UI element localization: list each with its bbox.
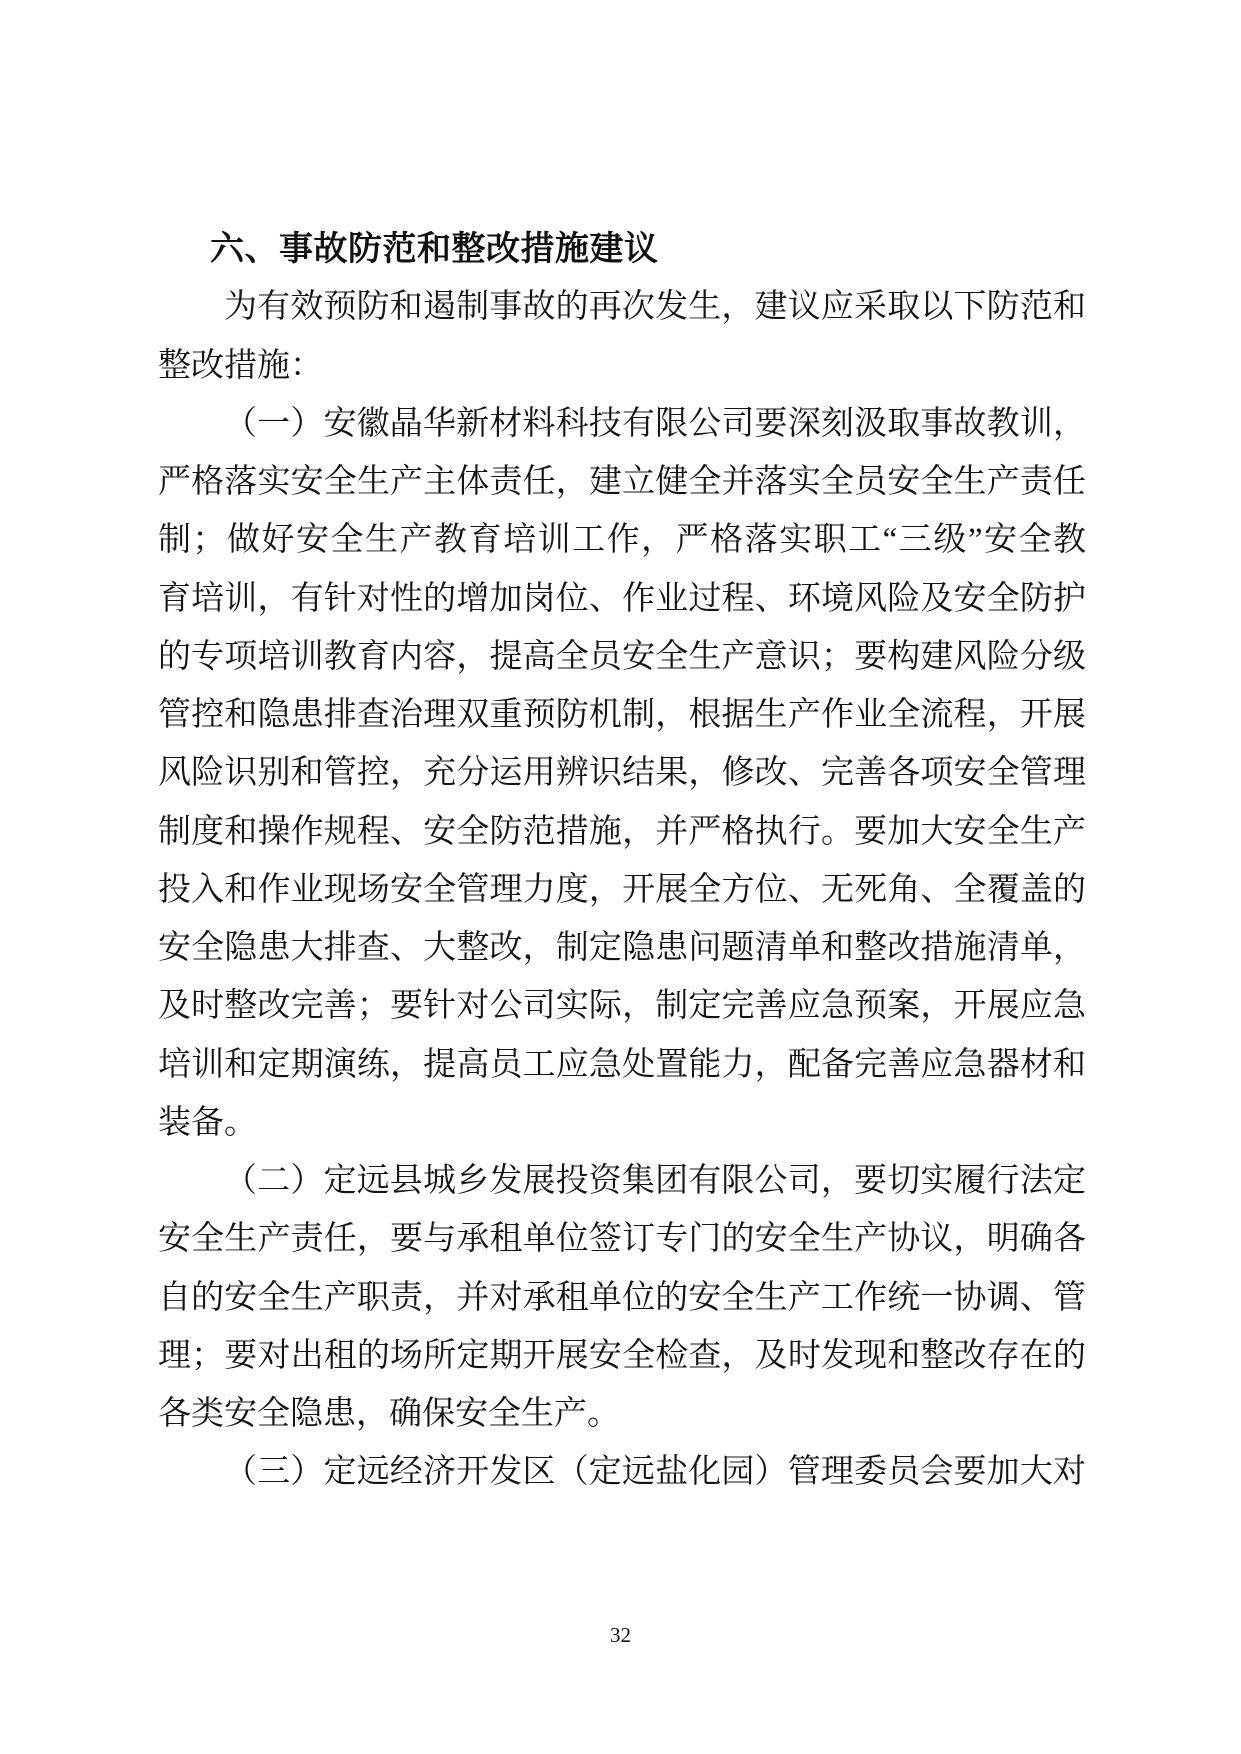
text-line: 及时整改完善；要针对公司实际，制定完善应急预案，开展应急 — [158, 977, 1086, 1035]
text-line: 制度和操作规程、安全防范措施，并严格执行。要加大安全生产 — [158, 803, 1086, 861]
paragraph-intro: 为有效预防和遏制事故的再次发生，建议应采取以下防范和 整改措施： — [158, 278, 1086, 395]
text-line: 严格落实安全生产主体责任，建立健全并落实全员安全生产责任 — [158, 453, 1086, 511]
text-line: （三）定远经济开发区（定远盐化园）管理委员会要加大对 — [158, 1443, 1086, 1501]
text-line: 为有效预防和遏制事故的再次发生，建议应采取以下防范和 — [158, 278, 1086, 336]
text-line: 制；做好安全生产教育培训工作，严格落实职工“三级”安全教 — [158, 511, 1086, 569]
text-line: 育培训，有针对性的增加岗位、作业过程、环境风险及安全防护 — [158, 570, 1086, 628]
text-line: 各类安全隐患，确保安全生产。 — [158, 1385, 1086, 1443]
document-page: 六、事故防范和整改措施建议 为有效预防和遏制事故的再次发生，建议应采取以下防范和… — [0, 0, 1241, 1754]
text-line: 安全隐患大排查、大整改，制定隐患问题清单和整改措施清单， — [158, 919, 1086, 977]
text-line: 整改措施： — [158, 337, 1086, 395]
text-line: 理；要对出租的场所定期开展安全检查，及时发现和整改存在的 — [158, 1327, 1086, 1385]
text-line: 风险识别和管控，充分运用辨识结果，修改、完善各项安全管理 — [158, 744, 1086, 802]
text-line: 自的安全生产职责，并对承租单位的安全生产工作统一协调、管 — [158, 1269, 1086, 1327]
text-line: 管控和隐患排查治理双重预防机制，根据生产作业全流程，开展 — [158, 686, 1086, 744]
section-heading: 六、事故防范和整改措施建议 — [158, 220, 1086, 278]
text-line: 安全生产责任，要与承租单位签订专门的安全生产协议，明确各 — [158, 1210, 1086, 1268]
text-line: 的专项培训教育内容，提高全员安全生产意识；要构建风险分级 — [158, 628, 1086, 686]
paragraph-item-1: （一）安徽晶华新材料科技有限公司要深刻汲取事故教训， 严格落实安全生产主体责任，… — [158, 395, 1086, 1152]
text-line: 投入和作业现场安全管理力度，开展全方位、无死角、全覆盖的 — [158, 861, 1086, 919]
page-number: 32 — [0, 1620, 1241, 1650]
text-line: 装备。 — [158, 1094, 1086, 1152]
text-line: （二）定远县城乡发展投资集团有限公司，要切实履行法定 — [158, 1152, 1086, 1210]
text-block: 六、事故防范和整改措施建议 为有效预防和遏制事故的再次发生，建议应采取以下防范和… — [158, 220, 1086, 1502]
text-line: 培训和定期演练，提高员工应急处置能力，配备完善应急器材和 — [158, 1036, 1086, 1094]
text-line: （一）安徽晶华新材料科技有限公司要深刻汲取事故教训， — [158, 395, 1086, 453]
paragraph-item-3: （三）定远经济开发区（定远盐化园）管理委员会要加大对 — [158, 1443, 1086, 1501]
paragraph-item-2: （二）定远县城乡发展投资集团有限公司，要切实履行法定 安全生产责任，要与承租单位… — [158, 1152, 1086, 1443]
